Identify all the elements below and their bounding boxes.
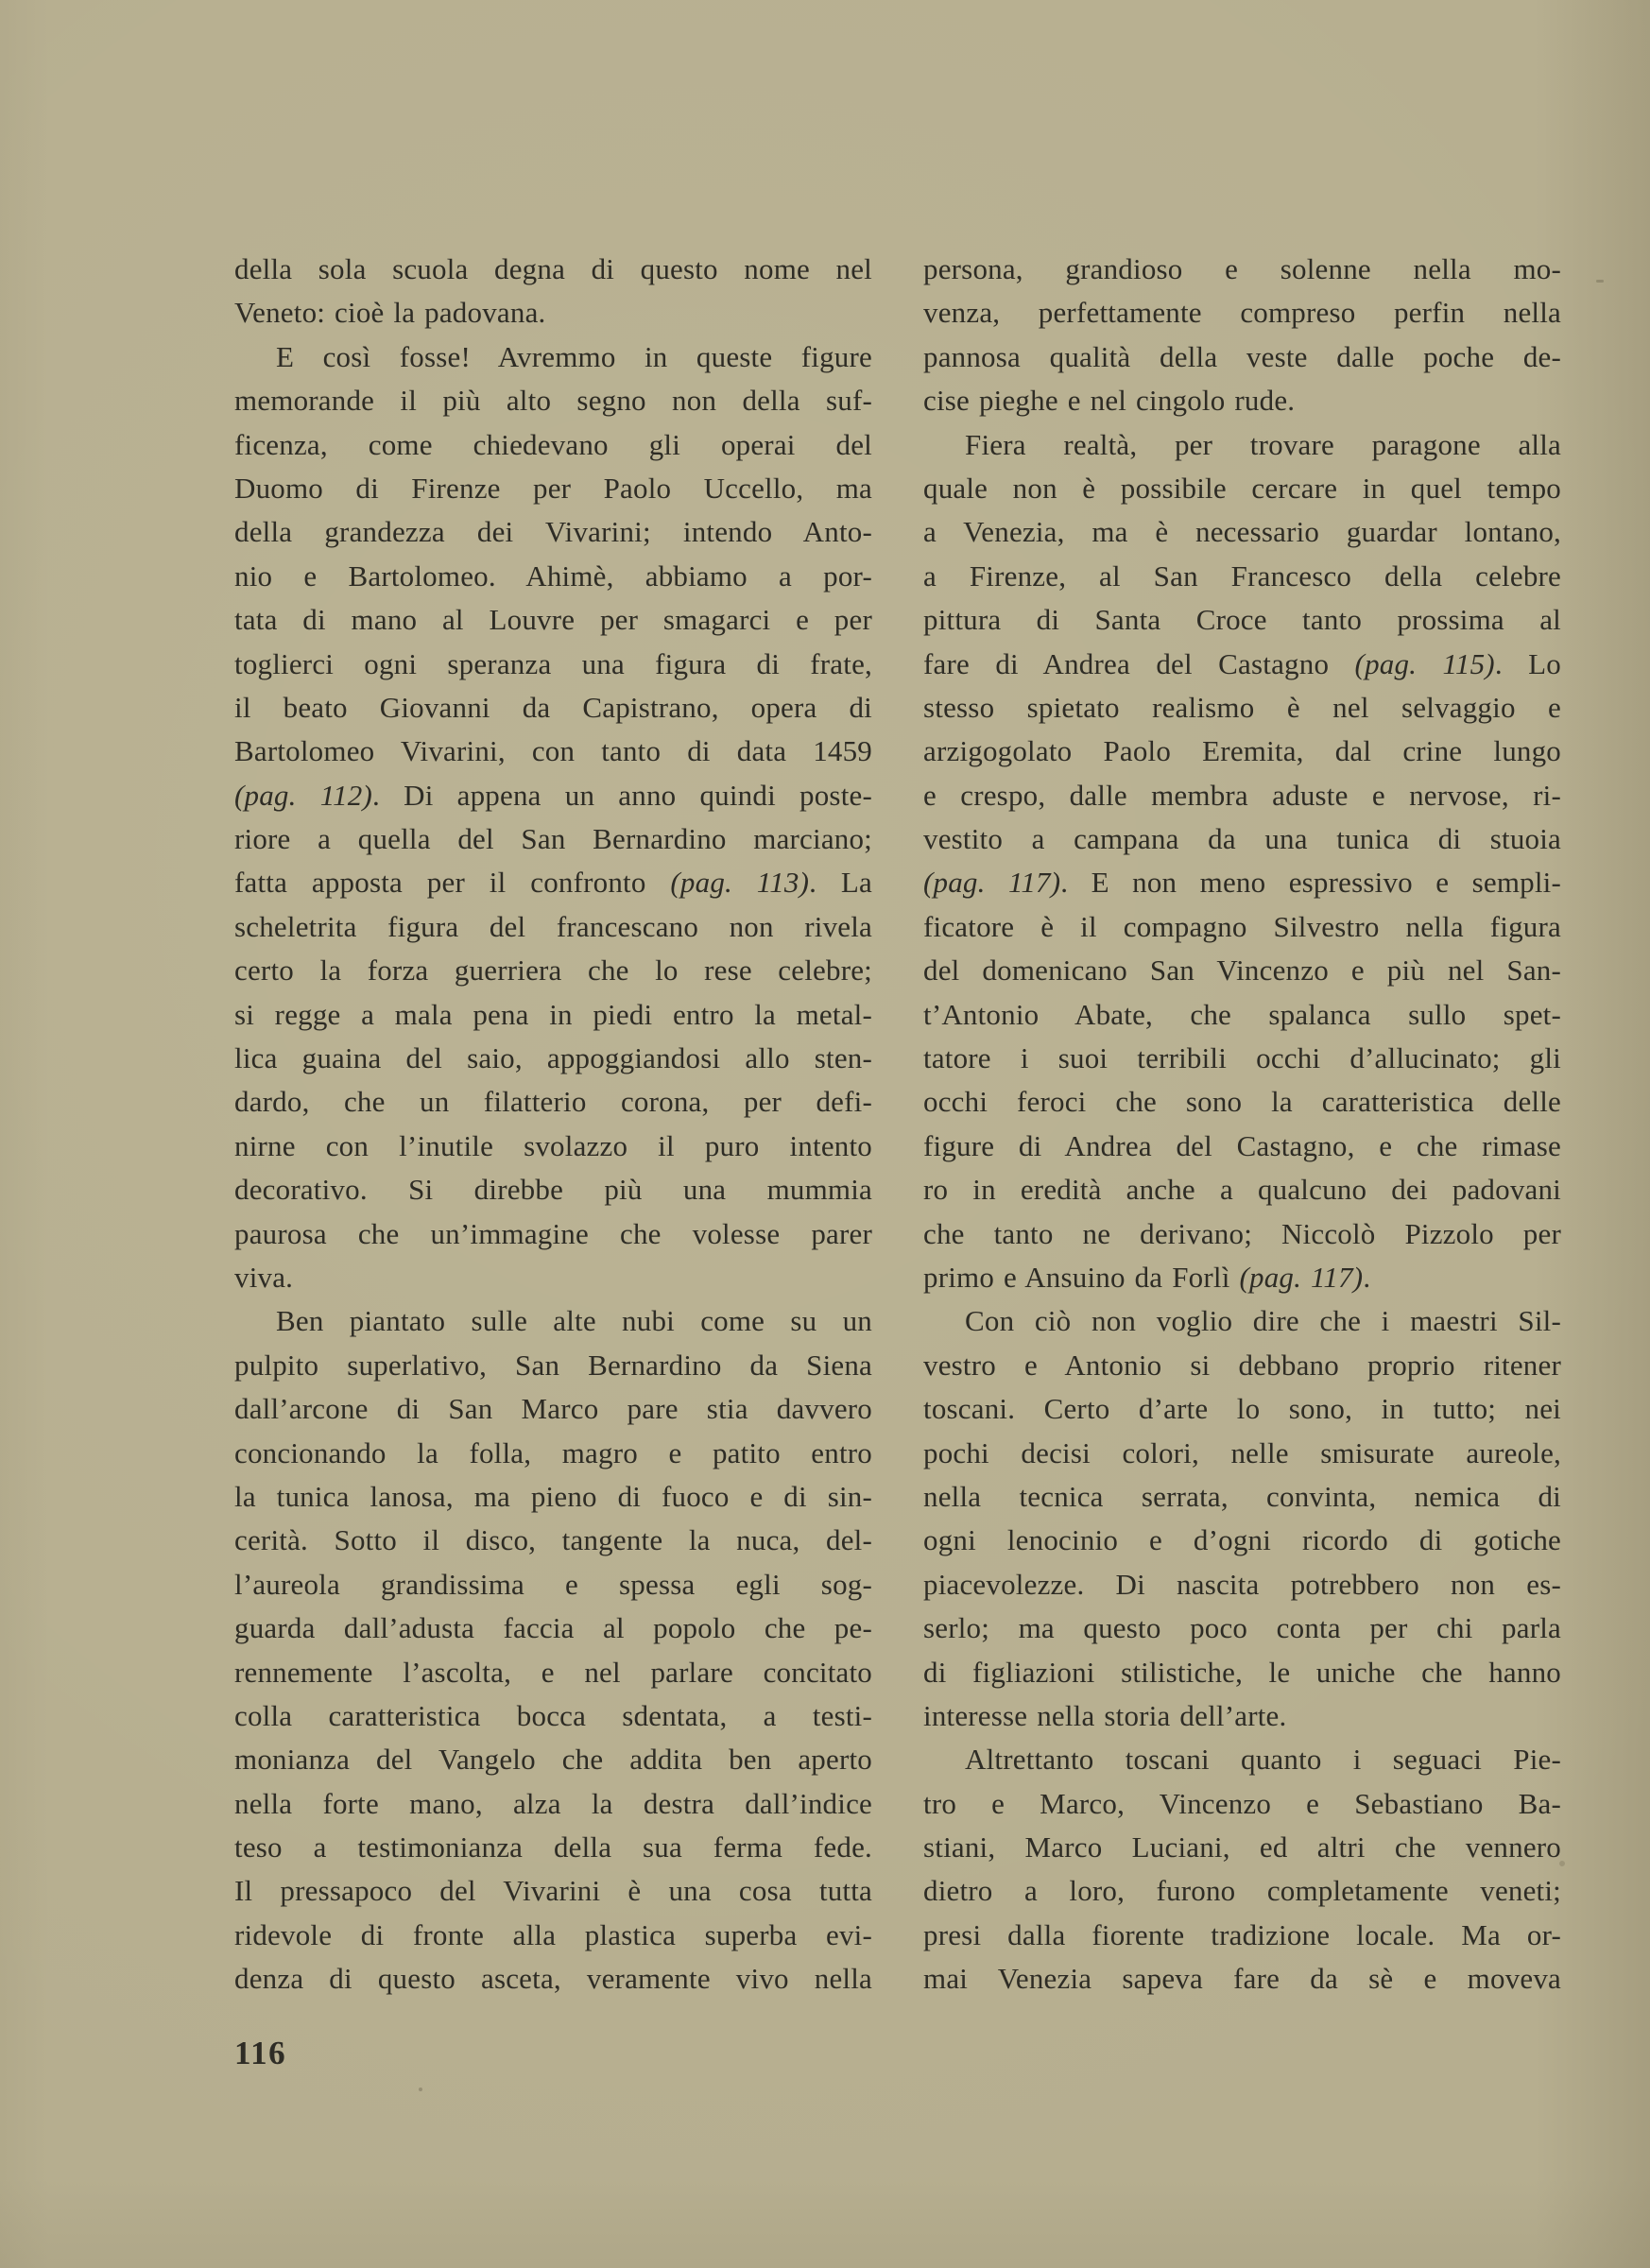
text-segment: ficenza, come chiedevano gli operai del xyxy=(234,428,872,461)
column-left: della sola scuola degna di questo nome n… xyxy=(234,248,872,2002)
text-line: riore a quella del San Bernardino marcia… xyxy=(234,817,872,861)
text-line: nio e Bartolomeo. Ahimè, abbiamo a por- xyxy=(234,555,872,598)
text-line: persona, grandioso e solenne nella mo- xyxy=(923,248,1561,291)
text-segment: concionando la folla, magro e patito ent… xyxy=(234,1436,872,1469)
text-line: nella tecnica serrata, convinta, nemica … xyxy=(923,1475,1561,1519)
text-line: monianza del Vangelo che addita ben aper… xyxy=(234,1738,872,1781)
text-line: t’Antonio Abate, che spalanca sullo spet… xyxy=(923,993,1561,1037)
text-segment: Veneto: cioè la padovana. xyxy=(234,296,545,329)
text-segment: toglierci ogni speranza una figura di fr… xyxy=(234,647,872,680)
text-line: Veneto: cioè la padovana. xyxy=(234,291,872,335)
text-line: ro in eredità anche a qualcuno dei padov… xyxy=(923,1168,1561,1211)
text-line: ogni lenocinio e d’ogni ricordo di gotic… xyxy=(923,1519,1561,1562)
text-line: dall’arcone di San Marco pare stia davve… xyxy=(234,1387,872,1431)
text-line: decorativo. Si direbbe più una mummia xyxy=(234,1168,872,1211)
text-line: (pag. 112). Di appena un anno quindi pos… xyxy=(234,774,872,817)
text-segment: ogni lenocinio e d’ogni ricordo di gotic… xyxy=(923,1523,1561,1556)
text-line: venza, perfettamente compreso perfin nel… xyxy=(923,291,1561,335)
text-segment: persona, grandioso e solenne nella mo- xyxy=(923,252,1561,285)
text-segment: dietro a loro, furono completamente vene… xyxy=(923,1874,1561,1907)
text-line: arzigogolato Paolo Eremita, dal crine lu… xyxy=(923,730,1561,773)
text-line: di figliazioni stilistiche, le uniche ch… xyxy=(923,1651,1561,1694)
text-line: interesse nella storia dell’arte. xyxy=(923,1694,1561,1738)
text-segment: Ben piantato sulle alte nubi come su un xyxy=(276,1304,872,1337)
text-line: lica guaina del saio, appoggiandosi allo… xyxy=(234,1037,872,1080)
text-segment: nella forte mano, alza la destra dall’in… xyxy=(234,1787,872,1820)
text-segment: scheletrita figura del francescano non r… xyxy=(234,910,872,943)
text-segment: nirne con l’inutile svolazzo il puro int… xyxy=(234,1129,872,1162)
text-segment: decorativo. Si direbbe più una mummia xyxy=(234,1173,872,1206)
text-line: cise pieghe e nel cingolo rude. xyxy=(923,379,1561,422)
text-line: Altrettanto toscani quanto i seguaci Pie… xyxy=(923,1738,1561,1781)
text-line: il beato Giovanni da Capistrano, opera d… xyxy=(234,686,872,730)
page-reference: (pag. 115) xyxy=(1355,647,1495,680)
text-segment: stesso spietato realismo è nel selvaggio… xyxy=(923,691,1561,724)
text-segment: colla caratteristica bocca sdentata, a t… xyxy=(234,1699,872,1732)
text-line: e crespo, dalle membra aduste e nervose,… xyxy=(923,774,1561,817)
text-segment: di figliazioni stilistiche, le uniche ch… xyxy=(923,1656,1561,1689)
text-segment: t’Antonio Abate, che spalanca sullo spet… xyxy=(923,998,1561,1031)
page-reference: (pag. 112) xyxy=(234,779,372,812)
text-segment: ridevole di fronte alla plastica superba… xyxy=(234,1918,872,1951)
page-number: 116 xyxy=(234,2035,286,2072)
text-line: dietro a loro, furono completamente vene… xyxy=(923,1869,1561,1913)
text-segment: Fiera realtà, per trovare paragone alla xyxy=(965,428,1561,461)
text-line: denza di questo asceta, veramente vivo n… xyxy=(234,1957,872,2001)
text-line: toglierci ogni speranza una figura di fr… xyxy=(234,643,872,686)
text-line: a Venezia, ma è necessario guardar lonta… xyxy=(923,510,1561,554)
text-line: cerità. Sotto il disco, tangente la nuca… xyxy=(234,1519,872,1562)
ink-speck xyxy=(1559,1861,1565,1866)
text-segment: stiani, Marco Luciani, ed altri che venn… xyxy=(923,1830,1561,1864)
text-line: serlo; ma questo poco conta per chi parl… xyxy=(923,1606,1561,1650)
text-segment: tatore i suoi terribili occhi d’allucina… xyxy=(923,1041,1561,1074)
text-segment: certo la forza guerriera che lo rese cel… xyxy=(234,954,872,987)
text-segment: e crespo, dalle membra aduste e nervose,… xyxy=(923,779,1561,812)
text-line: pannosa qualità della veste dalle poche … xyxy=(923,335,1561,379)
text-segment: della sola scuola degna di questo nome n… xyxy=(234,252,872,285)
text-segment: Altrettanto toscani quanto i seguaci Pie… xyxy=(965,1743,1561,1776)
text-line: Il pressapoco del Vivarini è una cosa tu… xyxy=(234,1869,872,1913)
text-line: Bartolomeo Vivarini, con tanto di data 1… xyxy=(234,730,872,773)
text-line: vestro e Antonio si debbano proprio rite… xyxy=(923,1344,1561,1387)
text-line: colla caratteristica bocca sdentata, a t… xyxy=(234,1694,872,1738)
text-line: piacevolezze. Di nascita potrebbero non … xyxy=(923,1563,1561,1606)
text-segment: toscani. Certo d’arte lo sono, in tutto;… xyxy=(923,1392,1561,1425)
text-segment: Duomo di Firenze per Paolo Uccello, ma xyxy=(234,472,872,505)
text-line: Fiera realtà, per trovare paragone alla xyxy=(923,423,1561,467)
text-segment: rennemente l’ascolta, e nel parlare conc… xyxy=(234,1656,872,1689)
text-segment: guarda dall’adusta faccia al popolo che … xyxy=(234,1611,872,1644)
text-segment: dall’arcone di San Marco pare stia davve… xyxy=(234,1392,872,1425)
text-line: della grandezza dei Vivarini; intendo An… xyxy=(234,510,872,554)
text-line: memorande il più alto segno non della su… xyxy=(234,379,872,422)
text-segment: l’aureola grandissima e spessa egli sog- xyxy=(234,1568,872,1601)
text-segment: mai Venezia sapeva fare da sè e moveva xyxy=(923,1962,1561,1995)
text-segment: venza, perfettamente compreso perfin nel… xyxy=(923,296,1561,329)
text-segment: riore a quella del San Bernardino marcia… xyxy=(234,822,872,855)
text-line: primo e Ansuino da Forlì (pag. 117). xyxy=(923,1256,1561,1299)
text-segment: quale non è possibile cercare in quel te… xyxy=(923,472,1561,505)
text-segment: tata di mano al Louvre per smagarci e pe… xyxy=(234,603,872,636)
page-reference: (pag. 113) xyxy=(670,866,809,899)
text-line: fare di Andrea del Castagno (pag. 115). … xyxy=(923,643,1561,686)
text-line: scheletrita figura del francescano non r… xyxy=(234,905,872,949)
text-segment: piacevolezze. Di nascita potrebbero non … xyxy=(923,1568,1561,1601)
text-line: Con ciò non voglio dire che i maestri Si… xyxy=(923,1299,1561,1343)
text-line: a Firenze, al San Francesco della celebr… xyxy=(923,555,1561,598)
text-line: fatta apposta per il confronto (pag. 113… xyxy=(234,861,872,904)
text-segment: figure di Andrea del Castagno, e che rim… xyxy=(923,1129,1561,1162)
text-segment: del domenicano San Vincenzo e più nel Sa… xyxy=(923,954,1561,987)
text-line: certo la forza guerriera che lo rese cel… xyxy=(234,949,872,992)
text-segment: fare di Andrea del Castagno xyxy=(923,647,1355,680)
page-reference: (pag. 117) xyxy=(1239,1261,1363,1294)
text-line: mai Venezia sapeva fare da sè e moveva xyxy=(923,1957,1561,2001)
text-line: dardo, che un filatterio corona, per def… xyxy=(234,1080,872,1124)
text-segment: memorande il più alto segno non della su… xyxy=(234,384,872,417)
text-segment: Il pressapoco del Vivarini è una cosa tu… xyxy=(234,1874,872,1907)
column-right: persona, grandioso e solenne nella mo-ve… xyxy=(923,248,1561,2002)
text-line: occhi feroci che sono la caratteristica … xyxy=(923,1080,1561,1124)
text-line: ficatore è il compagno Silvestro nella f… xyxy=(923,905,1561,949)
text-line: tro e Marco, Vincenzo e Sebastiano Ba- xyxy=(923,1782,1561,1826)
text-line: tatore i suoi terribili occhi d’allucina… xyxy=(923,1037,1561,1080)
text-segment: della grandezza dei Vivarini; intendo An… xyxy=(234,515,872,548)
text-segment: la tunica lanosa, ma pieno di fuoco e di… xyxy=(234,1480,872,1513)
text-line: (pag. 117). E non meno espressivo e semp… xyxy=(923,861,1561,904)
text-segment: si regge a mala pena in piedi entro la m… xyxy=(234,998,872,1031)
text-line: toscani. Certo d’arte lo sono, in tutto;… xyxy=(923,1387,1561,1431)
text-segment: denza di questo asceta, veramente vivo n… xyxy=(234,1962,872,1995)
text-segment: viva. xyxy=(234,1261,293,1294)
text-segment: occhi feroci che sono la caratteristica … xyxy=(923,1085,1561,1118)
text-segment: . Di appena un anno quindi poste- xyxy=(372,779,872,812)
text-segment: . Lo xyxy=(1495,647,1561,680)
text-line: teso a testimonianza della sua ferma fed… xyxy=(234,1826,872,1869)
text-segment: ro in eredità anche a qualcuno dei padov… xyxy=(923,1173,1561,1206)
text-segment: a Venezia, ma è necessario guardar lonta… xyxy=(923,515,1561,548)
text-line: stiani, Marco Luciani, ed altri che venn… xyxy=(923,1826,1561,1869)
text-line: pochi decisi colori, nelle smisurate aur… xyxy=(923,1432,1561,1475)
text-line: la tunica lanosa, ma pieno di fuoco e di… xyxy=(234,1475,872,1519)
text-line: della sola scuola degna di questo nome n… xyxy=(234,248,872,291)
text-line: E così fosse! Avremmo in queste figure xyxy=(234,335,872,379)
text-segment: pannosa qualità della veste dalle poche … xyxy=(923,340,1561,373)
text-segment: pochi decisi colori, nelle smisurate aur… xyxy=(923,1436,1561,1469)
text-segment: nio e Bartolomeo. Ahimè, abbiamo a por- xyxy=(234,559,872,593)
text-segment: E così fosse! Avremmo in queste figure xyxy=(276,340,872,373)
text-segment: arzigogolato Paolo Eremita, dal crine lu… xyxy=(923,734,1561,767)
text-line: rennemente l’ascolta, e nel parlare conc… xyxy=(234,1651,872,1694)
text-segment: Con ciò non voglio dire che i maestri Si… xyxy=(965,1304,1561,1337)
text-segment: tro e Marco, Vincenzo e Sebastiano Ba- xyxy=(923,1787,1561,1820)
text-segment: presi dalla fiorente tradizione locale. … xyxy=(923,1918,1561,1951)
text-segment: teso a testimonianza della sua ferma fed… xyxy=(234,1830,872,1864)
text-segment: cise pieghe e nel cingolo rude. xyxy=(923,384,1295,417)
text-segment: primo e Ansuino da Forlì xyxy=(923,1261,1239,1294)
text-segment: nella tecnica serrata, convinta, nemica … xyxy=(923,1480,1561,1513)
text-segment: serlo; ma questo poco conta per chi parl… xyxy=(923,1611,1561,1644)
text-line: viva. xyxy=(234,1256,872,1299)
page-reference: (pag. 117) xyxy=(923,866,1060,899)
text-segment: che tanto ne derivano; Niccolò Pizzolo p… xyxy=(923,1217,1561,1250)
text-line: pittura di Santa Croce tanto prossima al xyxy=(923,598,1561,642)
text-line: che tanto ne derivano; Niccolò Pizzolo p… xyxy=(923,1212,1561,1256)
text-segment: . xyxy=(1363,1261,1370,1294)
text-segment: pulpito superlativo, San Bernardino da S… xyxy=(234,1349,872,1382)
text-line: nirne con l’inutile svolazzo il puro int… xyxy=(234,1125,872,1168)
text-segment: fatta apposta per il confronto xyxy=(234,866,670,899)
text-segment: il beato Giovanni da Capistrano, opera d… xyxy=(234,691,872,724)
ink-speck xyxy=(1596,280,1604,283)
text-segment: monianza del Vangelo che addita ben aper… xyxy=(234,1743,872,1776)
text-line: paurosa che un’immagine che volesse pare… xyxy=(234,1212,872,1256)
text-line: Duomo di Firenze per Paolo Uccello, ma xyxy=(234,467,872,510)
text-segment: pittura di Santa Croce tanto prossima al xyxy=(923,603,1561,636)
text-line: pulpito superlativo, San Bernardino da S… xyxy=(234,1344,872,1387)
text-line: quale non è possibile cercare in quel te… xyxy=(923,467,1561,510)
text-segment: vestito a campana da una tunica di stuoi… xyxy=(923,822,1561,855)
text-segment: interesse nella storia dell’arte. xyxy=(923,1699,1286,1732)
text-line: ridevole di fronte alla plastica superba… xyxy=(234,1914,872,1957)
text-line: si regge a mala pena in piedi entro la m… xyxy=(234,993,872,1037)
book-page: della sola scuola degna di questo nome n… xyxy=(0,0,1650,2268)
text-line: concionando la folla, magro e patito ent… xyxy=(234,1432,872,1475)
text-line: guarda dall’adusta faccia al popolo che … xyxy=(234,1606,872,1650)
ink-speck xyxy=(419,2088,422,2091)
text-segment: cerità. Sotto il disco, tangente la nuca… xyxy=(234,1523,872,1556)
text-line: ficenza, come chiedevano gli operai del xyxy=(234,423,872,467)
text-line: del domenicano San Vincenzo e più nel Sa… xyxy=(923,949,1561,992)
text-line: Ben piantato sulle alte nubi come su un xyxy=(234,1299,872,1343)
text-line: stesso spietato realismo è nel selvaggio… xyxy=(923,686,1561,730)
text-line: figure di Andrea del Castagno, e che rim… xyxy=(923,1125,1561,1168)
text-line: vestito a campana da una tunica di stuoi… xyxy=(923,817,1561,861)
text-line: l’aureola grandissima e spessa egli sog- xyxy=(234,1563,872,1606)
text-segment: ficatore è il compagno Silvestro nella f… xyxy=(923,910,1561,943)
text-segment: Bartolomeo Vivarini, con tanto di data 1… xyxy=(234,734,872,767)
text-segment: lica guaina del saio, appoggiandosi allo… xyxy=(234,1041,872,1074)
text-segment: paurosa che un’immagine che volesse pare… xyxy=(234,1217,872,1250)
text-segment: dardo, che un filatterio corona, per def… xyxy=(234,1085,872,1118)
text-segment: . E non meno espressivo e sempli- xyxy=(1060,866,1561,899)
text-segment: vestro e Antonio si debbano proprio rite… xyxy=(923,1349,1561,1382)
text-line: nella forte mano, alza la destra dall’in… xyxy=(234,1782,872,1826)
text-line: tata di mano al Louvre per smagarci e pe… xyxy=(234,598,872,642)
text-segment: a Firenze, al San Francesco della celebr… xyxy=(923,559,1561,593)
text-segment: . La xyxy=(809,866,872,899)
text-line: presi dalla fiorente tradizione locale. … xyxy=(923,1914,1561,1957)
